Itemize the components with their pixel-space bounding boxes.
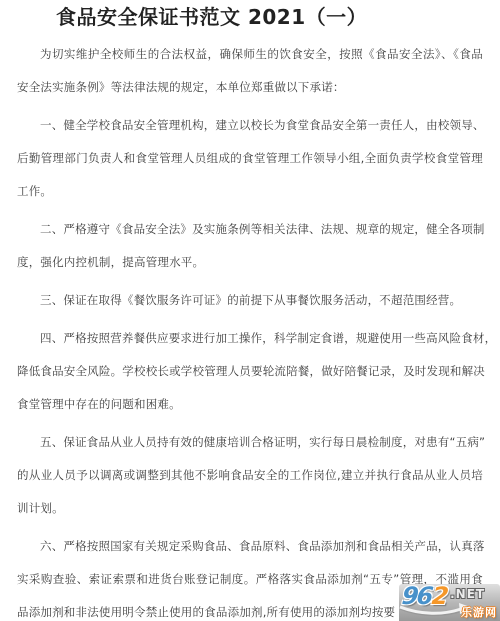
watermark-brand: 962.NET	[402, 584, 485, 608]
962net-watermark: 962.NET 乐游网	[399, 584, 500, 621]
paragraph-line: 训计划。	[17, 492, 483, 525]
paragraph-line: 五、保证食品从业人员持有效的健康培训合格证明，实行每日晨检制度，对患有“五病”	[17, 426, 483, 459]
paragraph: 三、保证在取得《餐饮服务许可证》的前提下从事餐饮服务活动，不超范围经营。	[17, 284, 483, 317]
paragraph-line: 的从业人员予以调离或调整到其他不影响食品安全的工作岗位,建立并执行食品从业人员培	[17, 459, 483, 492]
document-title: 食品安全保证书范文 2021（一）	[0, 4, 500, 30]
paragraph: 为切实维护全校师生的合法权益，确保师生的饮食安全，按照《食品安全法》、《食品安全…	[17, 38, 483, 104]
paragraph-line: 降低食品安全风险。学校校长或学校管理人员要轮流陪餐，做好陪餐记录，及时发现和解决	[17, 355, 483, 388]
paragraph-line: 二、严格遵守《食品安全法》及实施条例等相关法律、法规、规章的规定，健全各项制	[17, 213, 483, 246]
paragraph-line: 安全法实施条例》等法律法规的规定，本单位郑重做以下承诺：	[17, 71, 483, 104]
document-page: 食品安全保证书范文 2021（一） 为切实维护全校师生的合法权益，确保师生的饮食…	[0, 0, 500, 621]
paragraph-line: 度，强化内控机制，提高管理水平。	[17, 246, 483, 279]
watermark-number-blue: 96	[401, 584, 433, 608]
watermark-net-label: .NET	[450, 588, 485, 600]
paragraph-line: 工作。	[17, 175, 483, 208]
paragraph-line: 一、健全学校食品安全管理机构，建立以校长为食堂食品安全第一责任人，由校领导、	[17, 109, 483, 142]
paragraph: 二、严格遵守《食品安全法》及实施条例等相关法律、法规、规章的规定，健全各项制度，…	[17, 213, 483, 279]
document-body: 为切实维护全校师生的合法权益，确保师生的饮食安全，按照《食品安全法》、《食品安全…	[0, 38, 500, 621]
paragraph: 一、健全学校食品安全管理机构，建立以校长为食堂食品安全第一责任人，由校领导、后勤…	[17, 109, 483, 208]
paragraph-line: 四、严格按照营养餐供应要求进行加工操作，科学制定食谱，规避使用一些高风险食材，	[17, 322, 483, 355]
paragraph: 五、保证食品从业人员持有效的健康培训合格证明，实行每日晨检制度，对患有“五病”的…	[17, 426, 483, 525]
paragraph-line: 三、保证在取得《餐饮服务许可证》的前提下从事餐饮服务活动，不超范围经营。	[17, 284, 483, 317]
paragraph-line: 为切实维护全校师生的合法权益，确保师生的饮食安全，按照《食品安全法》、《食品	[17, 38, 483, 71]
paragraph-line: 六、严格按照国家有关规定采购食品、食品原料、食品添加剂和食品相关产品，认真落	[17, 530, 483, 563]
paragraph-line: 食堂管理中存在的问题和困难。	[17, 388, 483, 421]
watermark-site-name: 乐游网	[461, 606, 497, 619]
paragraph: 四、严格按照营养餐供应要求进行加工操作，科学制定食谱，规避使用一些高风险食材，降…	[17, 322, 483, 421]
watermark-number-orange: 2	[431, 584, 448, 608]
paragraph-line: 后勤管理部门负责人和食堂管理人员组成的食堂管理工作领导小组,全面负责学校食堂管理	[17, 142, 483, 175]
